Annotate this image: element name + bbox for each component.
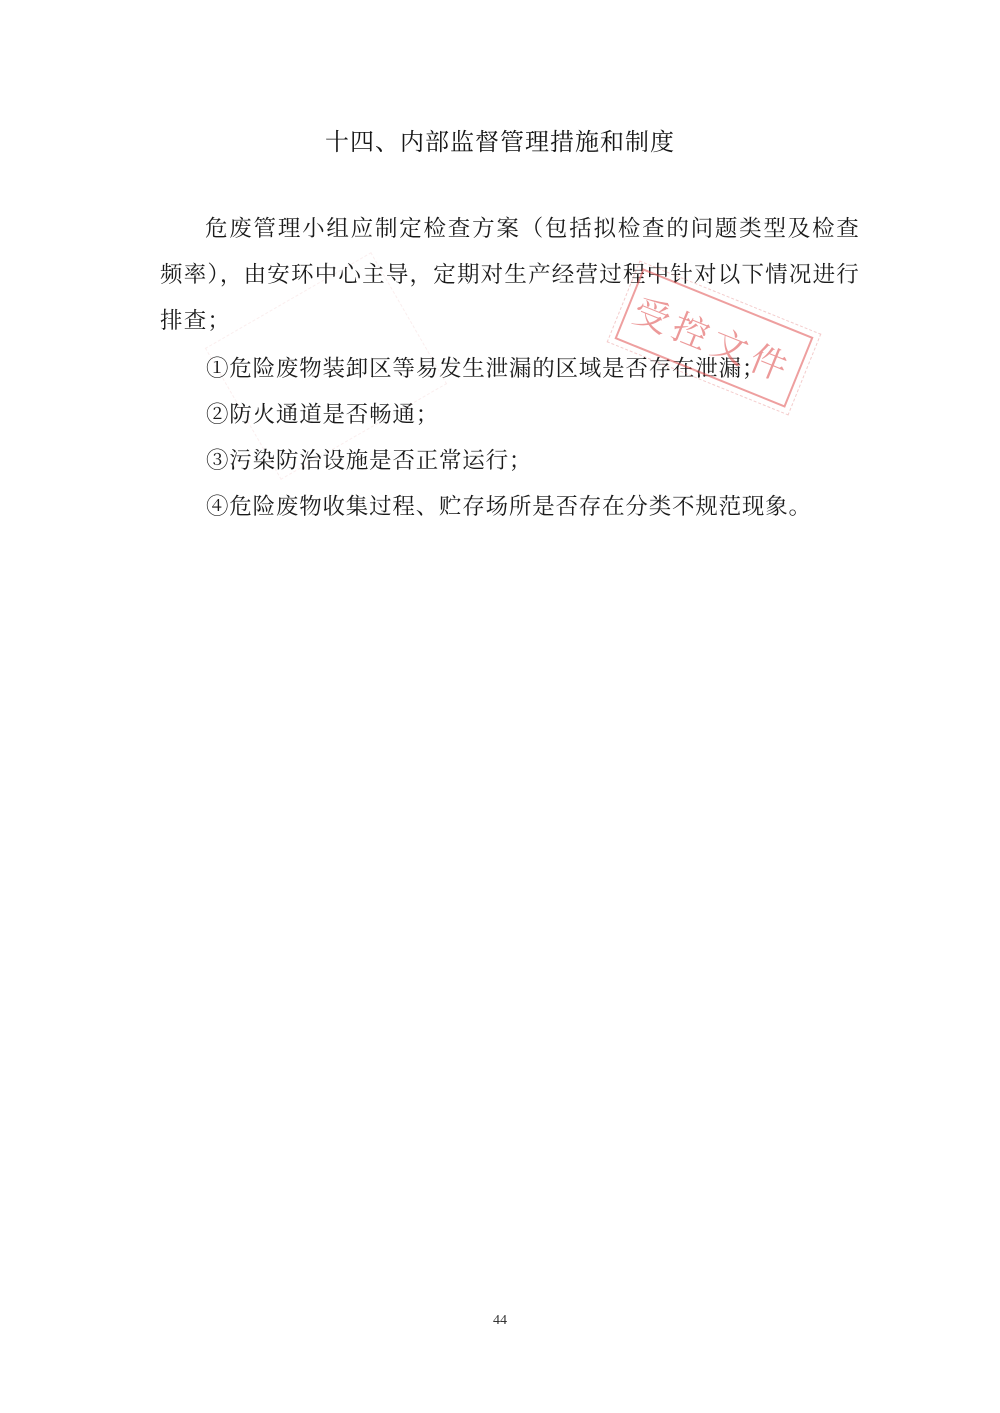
list-item: ③污染防治设施是否正常运行；: [206, 438, 812, 484]
list-item: ①危险废物装卸区等易发生泄漏的区域是否存在泄漏；: [206, 346, 812, 392]
inspection-items-list: ①危险废物装卸区等易发生泄漏的区域是否存在泄漏； ②防火通道是否畅通； ③污染防…: [206, 346, 812, 530]
page-number: 44: [0, 1313, 1000, 1329]
body-paragraph: 危废管理小组应制定检查方案（包括拟检查的问题类型及检查频率），由安环中心主导，定…: [160, 206, 860, 344]
document-page: 十四、内部监督管理措施和制度 危废管理小组应制定检查方案（包括拟检查的问题类型及…: [0, 0, 1000, 1413]
section-heading: 十四、内部监督管理措施和制度: [0, 122, 1000, 157]
list-item: ④危险废物收集过程、贮存场所是否存在分类不规范现象。: [206, 484, 812, 530]
list-item: ②防火通道是否畅通；: [206, 392, 812, 438]
